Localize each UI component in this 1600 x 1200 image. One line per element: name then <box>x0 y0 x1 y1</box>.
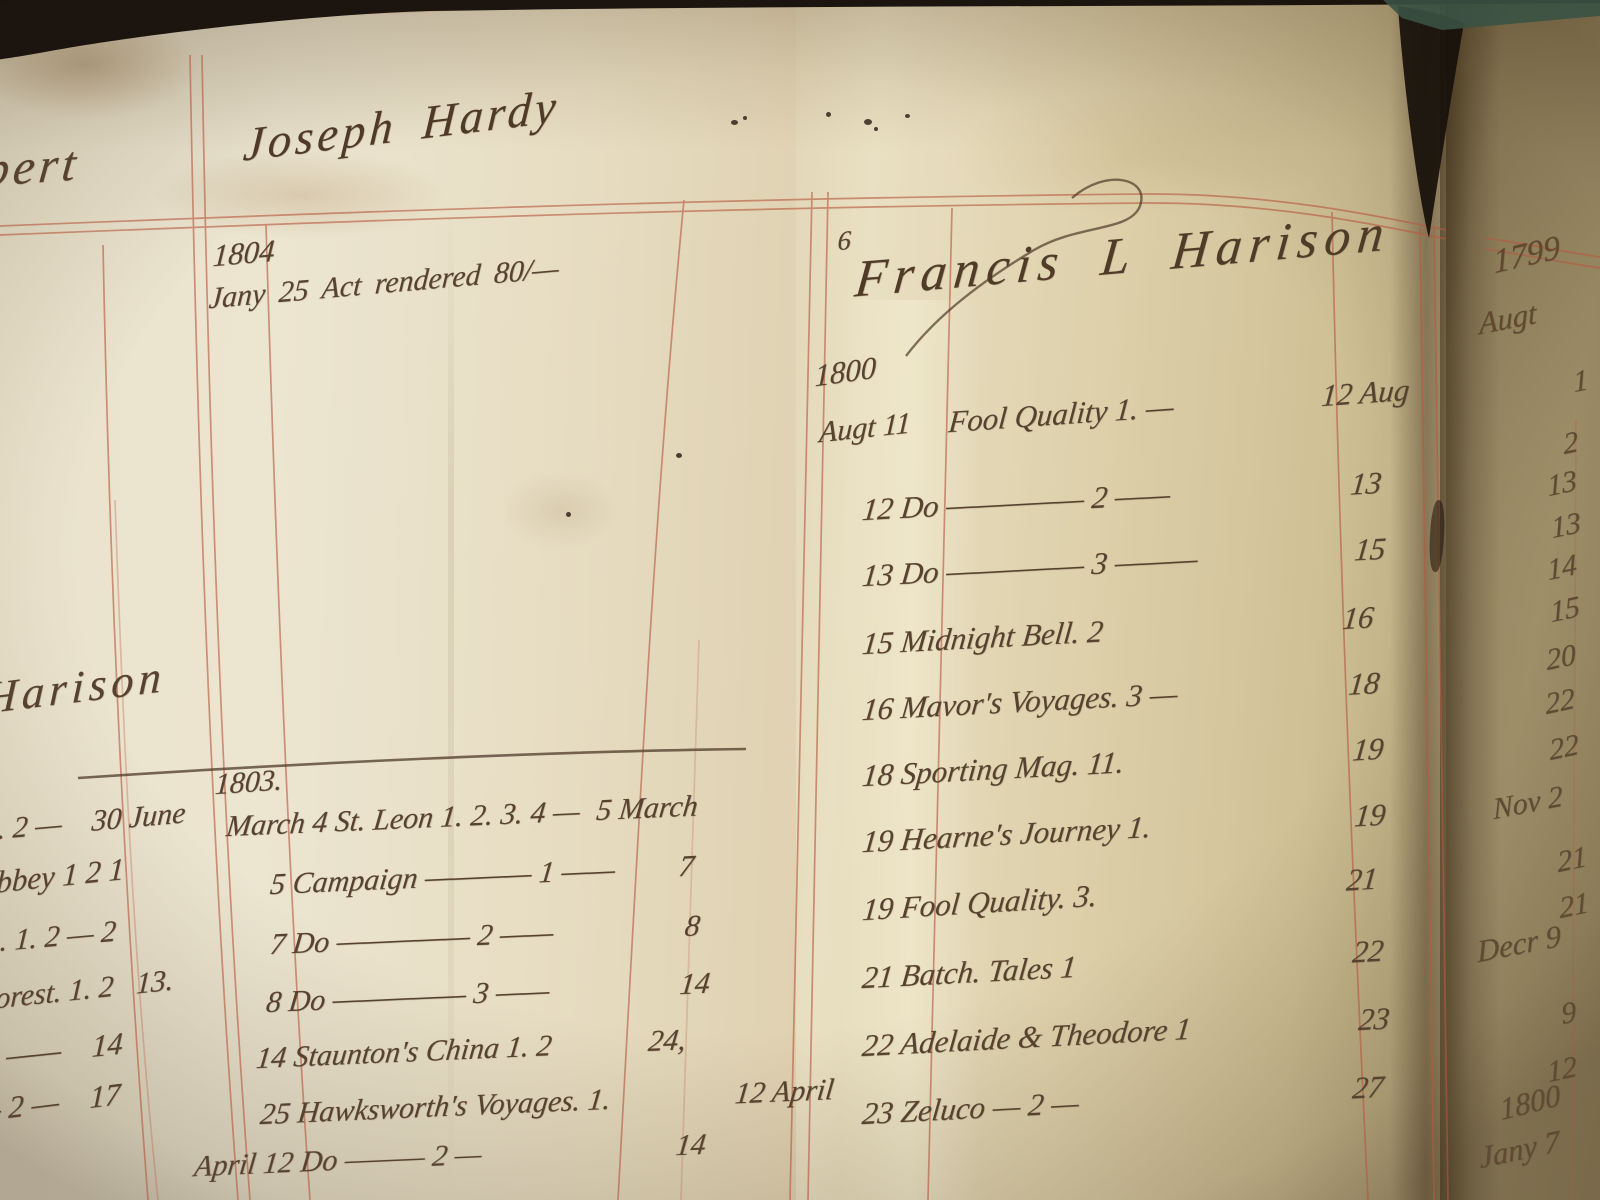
loan-date: April 12 <box>193 1148 296 1183</box>
return-number: 2 <box>1562 427 1579 460</box>
page-mark: 6 <box>837 227 851 256</box>
return-number: 13 <box>1546 466 1578 502</box>
loan-date: 25 <box>259 1099 292 1130</box>
return-number: 22 <box>1544 684 1576 720</box>
return-date: 13 <box>1349 467 1383 500</box>
return-date: 12 April <box>733 1075 835 1109</box>
loan-date: 14 <box>255 1043 288 1074</box>
return-date: 23 <box>1357 1002 1391 1035</box>
return-date: 19 <box>1353 799 1387 832</box>
loan-date: 22 <box>861 1028 895 1061</box>
entry-year: 1804 <box>212 235 276 272</box>
return-date: 22 <box>1351 935 1385 968</box>
loan-date: 15 <box>861 626 895 659</box>
loan-date: 21 <box>861 960 895 993</box>
ink-speck <box>731 120 738 125</box>
ink-speck <box>826 112 831 117</box>
entry-year: 1800 <box>814 351 876 391</box>
return-date: 18 <box>1347 667 1381 700</box>
loan-date: 19 <box>861 892 895 925</box>
return-date: 15 <box>1353 533 1387 566</box>
left-page <box>0 0 800 1200</box>
account-name-fragment: lbert <box>0 138 82 195</box>
loan-date: March 4 <box>225 808 330 843</box>
return-date: 16 <box>1341 601 1375 634</box>
return-date: 12 Aug <box>1320 374 1411 411</box>
ink-speck <box>864 119 872 125</box>
return-number: 20 <box>1545 640 1577 676</box>
return-number: 13 <box>1550 508 1582 544</box>
loan-date: 16 <box>861 692 895 725</box>
return-date: 19 <box>1351 733 1385 766</box>
ink-speck <box>566 512 571 517</box>
section-year: 1803. <box>214 765 283 800</box>
loan-date: 12 <box>861 492 895 525</box>
return-number: 21 <box>1558 888 1590 924</box>
return-date: 14 <box>678 969 711 1000</box>
ledger-photo: lbert Harison 1. 2 — 30 June abbey 1 2 1… <box>0 0 1600 1200</box>
ink-speck <box>743 116 747 120</box>
return-number: 9 <box>1560 997 1577 1030</box>
return-number: 1 <box>1572 365 1589 398</box>
return-number: 14 <box>1546 550 1578 586</box>
return-number: 22 <box>1548 730 1580 766</box>
return-date: 21 <box>1345 862 1379 895</box>
return-number: 21 <box>1556 842 1588 878</box>
ink-speck <box>676 453 682 458</box>
return-date: 5 March <box>595 791 700 826</box>
loan-date: 18 <box>861 758 895 791</box>
return-date: 27 <box>1351 1071 1385 1104</box>
loan-date: 19 <box>861 824 895 857</box>
return-number: 15 <box>1549 592 1581 628</box>
loan-date: 23 <box>861 1096 895 1129</box>
return-date: 24, <box>647 1025 688 1057</box>
return-date: 14 <box>674 1130 707 1161</box>
ink-speck <box>905 114 910 118</box>
loan-date: 13 <box>861 558 895 591</box>
ink-speck <box>874 127 878 131</box>
